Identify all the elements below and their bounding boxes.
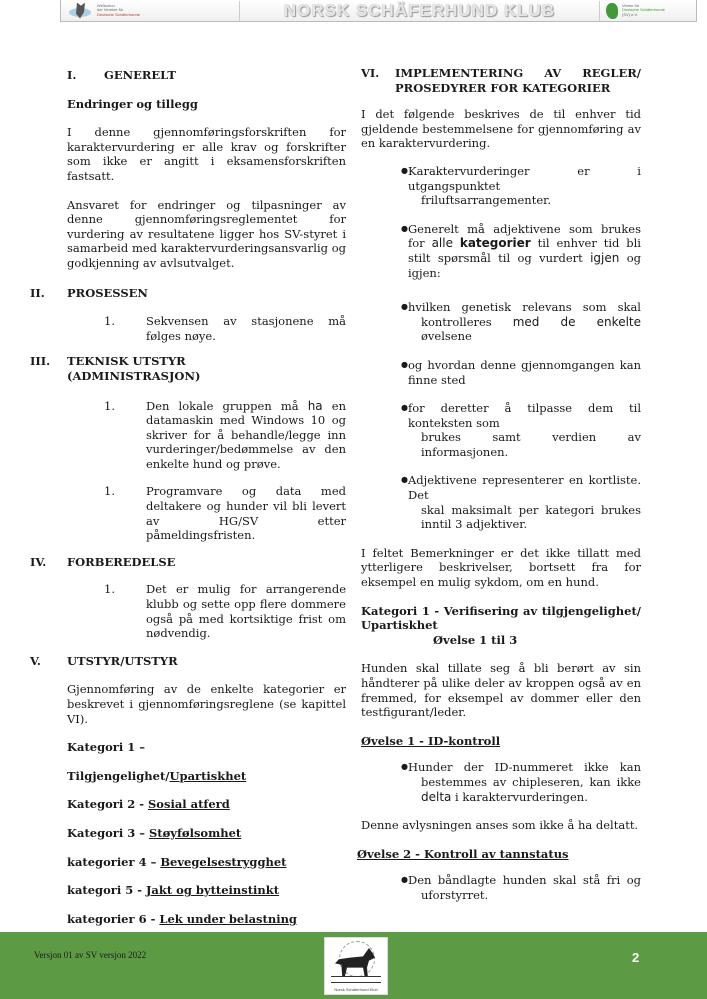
footer: Versjon 01 av SV versjon 2022 Norsk Schä… [0,932,707,999]
category-1-label: Kategori 1 – [67,740,346,755]
bullet-icon: ● [401,358,408,387]
version-label: Versjon 01 av SV versjon 2022 [34,950,146,960]
sv-line-3: (SV) e.V. [622,13,665,18]
section-3-item-1: 1. Den lokale gruppen må ha en datamaski… [104,399,346,472]
bullet-icon: ● [401,300,408,344]
bullet-icon: ● [401,873,408,902]
club-title: Norsk Schäferhund klub [284,1,555,21]
category-6-link[interactable]: Lek under belastning [159,912,297,926]
header-banner: Weltunion der Vereine für Deutsche Schäf… [60,0,697,22]
category-4-link[interactable]: Bevegelsestrygghet [160,855,286,869]
ovelse-1-til-3: Øvelse 1 til 3 [433,633,641,648]
section-1-subheading: Endringer og tillegg [67,97,346,112]
right-column: VI. IMPLEMENTERING AV REGLER/PROSEDYRER … [361,66,641,903]
category-2: Kategori 2 - Sosial atferd [67,797,346,812]
ovelse-1-heading: Øvelse 1 - ID-kontroll [361,734,641,749]
category-list: Kategori 1 – Tilgjengelighet/Upartiskhet… [67,740,346,955]
kategori-1-heading: Kategori 1 - Verifisering av tilgjengeli… [361,604,641,633]
bullet-icon: ● [401,164,408,208]
left-column: I. GENERELT Endringer og tillegg I denne… [30,68,346,955]
section-5-paragraph: Gjennomføring av de enkelte kategorier e… [67,682,346,726]
bemerkninger-paragraph: I feltet Bemerkninger er det ikke tillat… [361,546,641,590]
logo-caption: Norsk Schäferhund Klub [325,987,387,992]
category-3-link[interactable]: Støyfølsomhet [149,826,241,840]
section-3-heading: III. TEKNISK UTSTYR(ADMINISTRASJON) [30,354,346,383]
bullet-generelt: ● Generelt må adjektivene som brukes for… [401,222,641,280]
section-2-item-1: 1. Sekvensen av stasjonene må følges nøy… [104,314,346,343]
avlysning-paragraph: Denne avlysningen anses som ikke å ha de… [361,818,641,833]
category-3: Kategori 3 – Støyfølsomhet [67,826,346,841]
category-5-link[interactable]: Jakt og bytteinstinkt [146,883,279,897]
wusv-line-3: Deutsche Schäferhunde [97,13,140,18]
bullet-tannstatus: ● Den båndlagte hunden skal stå fri oguf… [401,873,641,902]
section-1-paragraph-1: I denne gjennomføringsforskriften for ka… [67,125,346,183]
category-4: kategorier 4 – Bevegelsestrygghet [67,855,346,870]
bullet-hvordan: ● og hvordan denne gjennomgangen kan fin… [401,358,641,387]
bullet-genetisk: ● hvilken genetisk relevans som skalkont… [401,300,641,344]
sv-logo: Verein für Deutsche Schäferhunde (SV) e.… [599,1,696,21]
category-1-link[interactable]: Upartiskhet [170,769,247,783]
category-5: kategori 5 - Jakt og bytteinstinkt [67,883,346,898]
bullet-id-kontroll: ● Hunder der ID-nummeret ikke kanbestemm… [401,760,641,804]
page-number: 2 [632,950,639,965]
wusv-dog-icon [69,2,91,20]
section-6-intro: I det følgende beskrives de til enhver t… [361,107,641,151]
wusv-logo: Weltunion der Vereine für Deutsche Schäf… [61,1,240,21]
category-1-title: Tilgjengelighet/Upartiskhet [67,769,346,784]
section-1-heading: I. GENERELT [67,68,346,83]
section-3-item-2: 1. Programvare og data med deltakere og … [104,484,346,542]
section-1-paragraph-2: Ansvaret for endringer og tilpasninger a… [67,198,346,271]
bullet-adjektiver: ● Adjektivene representerer en kortliste… [401,473,641,531]
stand-icon [331,976,381,983]
bullet-friluft: ● Karaktervurderinger er i utgangspunkte… [401,164,641,208]
section-4-item-1: 1. Det er mulig for arrangerende klubb o… [104,582,346,640]
bullet-icon: ● [401,401,408,459]
section-6-heading: VI. IMPLEMENTERING AV REGLER/PROSEDYRER … [361,66,641,95]
category-2-link[interactable]: Sosial atferd [148,797,230,811]
section-2-heading: II. PROSESSEN [30,286,346,301]
bullet-icon: ● [401,760,408,804]
nsk-logo: Norsk Schäferhund Klub [324,937,388,995]
ovelse-2-heading: Øvelse 2 - Kontroll av tannstatus [357,847,641,862]
category-6: kategorier 6 - Lek under belastning [67,912,346,927]
bullet-tilpasse: ● for deretter å tilpasse dem til kontek… [401,401,641,459]
kategori-1-paragraph: Hunden skal tillate seg å bli berørt av … [361,661,641,719]
bullet-icon: ● [401,222,408,280]
bullet-icon: ● [401,473,408,531]
section-5-heading: V. UTSTYR/UTSTYR [30,654,346,669]
sv-dog-head-icon [606,3,618,19]
section-4-heading: IV. FORBEREDELSE [30,555,346,570]
